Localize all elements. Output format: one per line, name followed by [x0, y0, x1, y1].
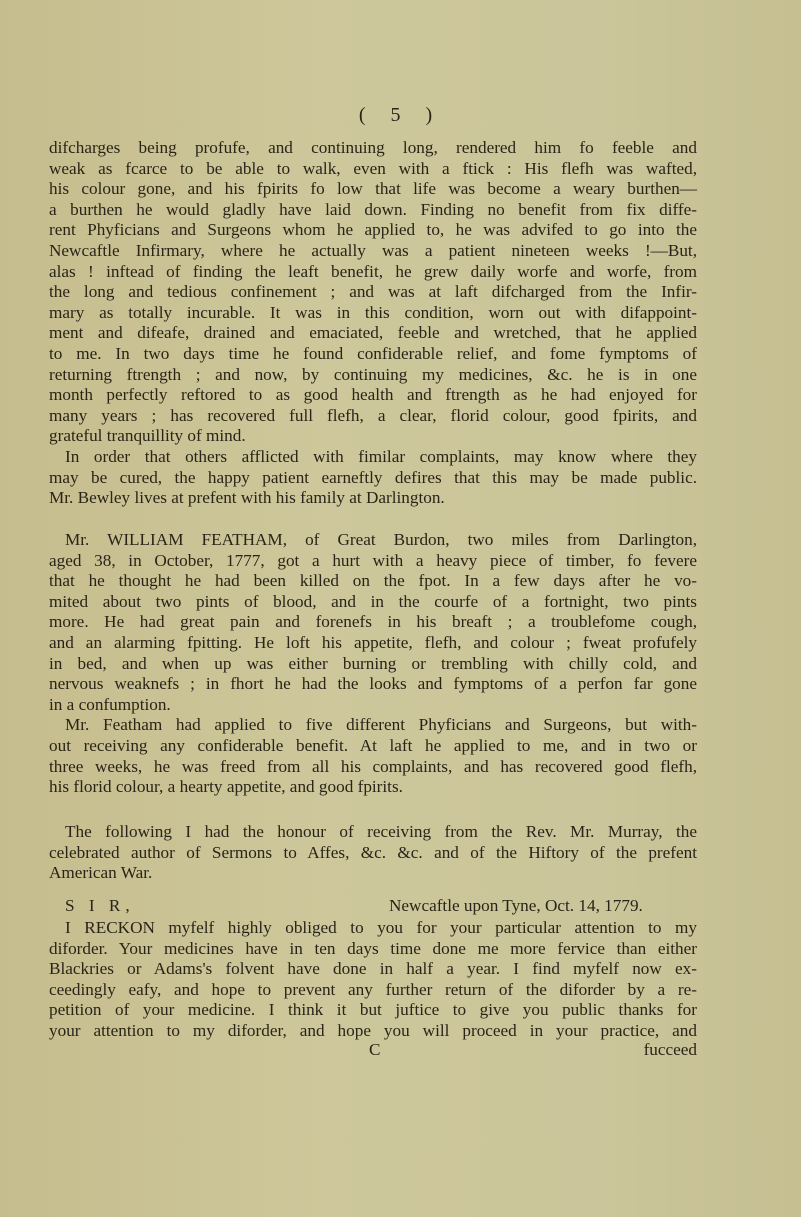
text-line: your attention to my diforder, and hope …: [49, 1021, 697, 1042]
text-line: weak as fcarce to be able to walk, even …: [49, 159, 697, 180]
text-line: month perfectly reftored to as good heal…: [49, 385, 697, 406]
letter-body: I RECKON myfelf highly obliged to you fo…: [49, 918, 697, 1042]
letter-heading: S I R, Newcaftle upon Tyne, Oct. 14, 177…: [49, 896, 697, 917]
text-line: and an alarming fpitting. He loft his ap…: [49, 633, 697, 654]
text-line: Mr. Featham had applied to five differen…: [49, 715, 697, 736]
text-line: in bed, and when up was either burning o…: [49, 654, 697, 675]
text-line: may be cured, the happy patient earneftl…: [49, 468, 697, 489]
text-line: alas ! inftead of finding the leaft bene…: [49, 262, 697, 283]
text-line: many years ; has recovered full flefh, a…: [49, 406, 697, 427]
signature-mark: C: [369, 1040, 380, 1060]
text-line: aged 38, in October, 1777, got a hurt wi…: [49, 551, 697, 572]
text-line: Mr. Bewley lives at prefent with his fam…: [49, 488, 697, 509]
text-line: in a confumption.: [49, 695, 697, 716]
letter-salutation: S I R,: [65, 896, 135, 916]
text-line: nervous weaknefs ; in fhort he had the l…: [49, 674, 697, 695]
text-line: The following I had the honour of receiv…: [49, 822, 697, 843]
text-line: difcharges being profufe, and continuing…: [49, 138, 697, 159]
text-line: more. He had great pain and forenefs in …: [49, 612, 697, 633]
text-line: mary as totally incurable. It was in thi…: [49, 303, 697, 324]
text-line: Blackries or Adams's folvent have done i…: [49, 959, 697, 980]
text-line: to me. In two days time he found confide…: [49, 344, 697, 365]
page-footer: C fucceed: [49, 1040, 697, 1061]
text-line: the long and tedious confinement ; and w…: [49, 282, 697, 303]
text-line: diforder. Your medicines have in ten day…: [49, 939, 697, 960]
text-line: ceedingly eafy, and hope to prevent any …: [49, 980, 697, 1001]
text-line: celebrated author of Sermons to Affes, &…: [49, 843, 697, 864]
text-line: grateful tranquillity of mind.: [49, 426, 697, 447]
text-line: mited about two pints of blood, and in t…: [49, 592, 697, 613]
body-text-murray-intro: The following I had the honour of receiv…: [49, 822, 697, 884]
text-line: his colour gone, and his fpirits fo low …: [49, 179, 697, 200]
text-line: returning ftrength ; and now, by continu…: [49, 365, 697, 386]
text-line: a burthen he would gladly have laid down…: [49, 200, 697, 221]
text-line: that he thought he had been killed on th…: [49, 571, 697, 592]
text-line: I RECKON myfelf highly obliged to you fo…: [49, 918, 697, 939]
body-text-upper: difcharges being profufe, and continuing…: [49, 138, 697, 509]
text-line: rent Phyficians and Surgeons whom he app…: [49, 220, 697, 241]
text-line: petition of your medicine. I think it bu…: [49, 1000, 697, 1021]
text-line: out receiving any confiderable benefit. …: [49, 736, 697, 757]
body-text-featham: Mr. WILLIAM FEATHAM, of Great Burdon, tw…: [49, 530, 697, 798]
text-line: In order that others afflicted with fimi…: [49, 447, 697, 468]
text-line: three weeks, he was freed from all his c…: [49, 757, 697, 778]
text-line: Mr. WILLIAM FEATHAM, of Great Burdon, tw…: [49, 530, 697, 551]
text-line: Newcaftle Infirmary, where he actually w…: [49, 241, 697, 262]
text-line: ment and difeafe, drained and emaciated,…: [49, 323, 697, 344]
document-page: ( 5 ) difcharges being profufe, and cont…: [0, 0, 801, 1217]
text-line: American War.: [49, 863, 697, 884]
page-number: ( 5 ): [0, 104, 801, 127]
text-line: his florid colour, a hearty appetite, an…: [49, 777, 697, 798]
letter-dateline: Newcaftle upon Tyne, Oct. 14, 1779.: [389, 896, 643, 916]
catchword: fucceed: [644, 1040, 697, 1060]
